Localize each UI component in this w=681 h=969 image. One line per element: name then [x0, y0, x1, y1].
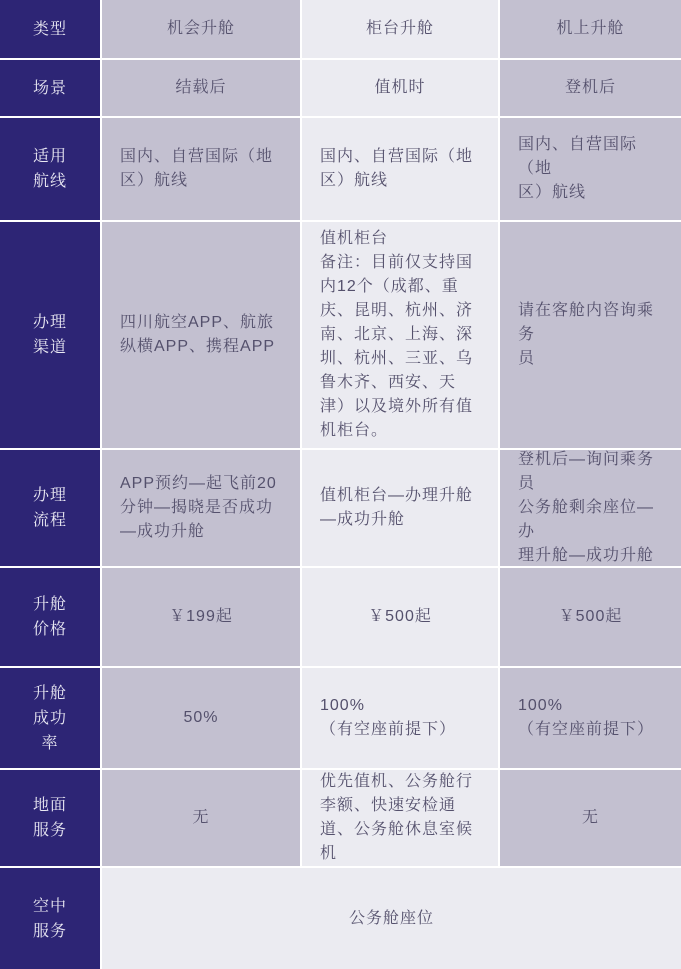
cell-ground-service-opportunity: 无: [102, 770, 300, 866]
upgrade-comparison-table: 类型 机会升舱 柜台升舱 机上升舱 场景 结载后 值机时 登机后 适用 航线 国…: [0, 0, 681, 969]
cell-channels-onboard: 请在客舱内咨询乘务 员: [500, 222, 681, 448]
cell-price-opportunity: ￥199起: [102, 568, 300, 666]
cell-scenario-opportunity: 结载后: [102, 60, 300, 116]
row-label-inflight-service: 空中 服务: [0, 868, 100, 969]
cell-type-onboard: 机上升舱: [500, 0, 681, 58]
cell-routes-opportunity: 国内、自营国际（地 区）航线: [102, 118, 300, 220]
cell-type-counter: 柜台升舱: [302, 0, 498, 58]
cell-success-rate-onboard: 100% （有空座前提下）: [500, 668, 681, 768]
row-label-scenario: 场景: [0, 60, 100, 116]
cell-channels-opportunity: 四川航空APP、航旅 纵横APP、携程APP: [102, 222, 300, 448]
cell-process-opportunity: APP预约—起飞前20 分钟—揭晓是否成功 —成功升舱: [102, 450, 300, 566]
row-label-price: 升舱 价格: [0, 568, 100, 666]
row-label-routes: 适用 航线: [0, 118, 100, 220]
row-label-ground-service: 地面 服务: [0, 770, 100, 866]
cell-ground-service-counter: 优先值机、公务舱行 李额、快速安检通 道、公务舱休息室候 机: [302, 770, 498, 866]
cell-routes-counter: 国内、自营国际（地 区）航线: [302, 118, 498, 220]
cell-routes-onboard: 国内、自营国际（地 区）航线: [500, 118, 681, 220]
cell-price-onboard: ￥500起: [500, 568, 681, 666]
cell-price-counter: ￥500起: [302, 568, 498, 666]
cell-inflight-service-merged: 公务舱座位: [102, 868, 681, 969]
cell-success-rate-opportunity: 50%: [102, 668, 300, 768]
cell-success-rate-counter: 100% （有空座前提下）: [302, 668, 498, 768]
row-label-type: 类型: [0, 0, 100, 58]
cell-process-onboard: 登机后—询问乘务员 公务舱剩余座位—办 理升舱—成功升舱: [500, 450, 681, 566]
cell-channels-counter: 值机柜台 备注：目前仅支持国 内12个（成都、重 庆、昆明、杭州、济 南、北京、…: [302, 222, 498, 448]
cell-scenario-onboard: 登机后: [500, 60, 681, 116]
cell-ground-service-onboard: 无: [500, 770, 681, 866]
row-label-success-rate: 升舱 成功 率: [0, 668, 100, 768]
cell-scenario-counter: 值机时: [302, 60, 498, 116]
cell-process-counter: 值机柜台—办理升舱 —成功升舱: [302, 450, 498, 566]
row-label-process: 办理 流程: [0, 450, 100, 566]
row-label-channels: 办理 渠道: [0, 222, 100, 448]
cell-type-opportunity: 机会升舱: [102, 0, 300, 58]
